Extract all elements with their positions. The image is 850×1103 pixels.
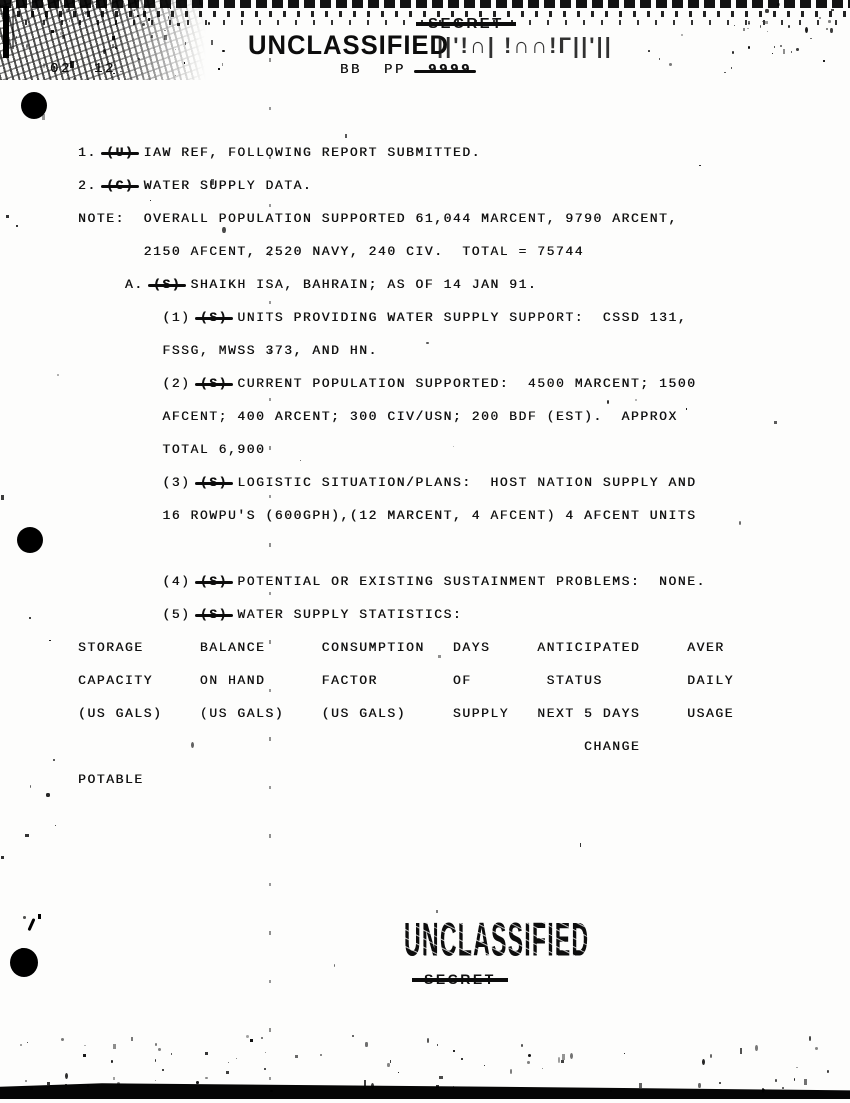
line-text: (5)	[78, 607, 200, 622]
line-text: A.	[78, 277, 153, 292]
line-text: (US GALS) (US GALS) (US GALS) SUPPLY NEX…	[78, 706, 734, 721]
struck-classification-marker: (S)	[153, 268, 181, 301]
line-text: POTENTIAL OR EXISTING SUSTAINMENT PROBLE…	[228, 574, 706, 589]
struck-classification-marker: (C)	[106, 169, 134, 202]
document-line: TOTAL 6,900	[78, 433, 734, 466]
document-body: 1. (U) IAW REF, FOLLOWING REPORT SUBMITT…	[78, 136, 734, 796]
document-line: POTABLE	[78, 763, 734, 796]
document-line: 1. (U) IAW REF, FOLLOWING REPORT SUBMITT…	[78, 136, 734, 169]
pen-squiggle-mark	[27, 918, 35, 931]
unclassified-stamp-top: UNCLASSIFIED	[248, 30, 449, 61]
hole-punch-mark-middle	[17, 527, 43, 553]
unclassified-stamp-bottom: UNCLASSIFIED	[404, 914, 589, 967]
line-text: IAW REF, FOLLOWING REPORT SUBMITTED.	[134, 145, 481, 160]
struck-secret-marking-bottom: SECRET	[424, 971, 496, 987]
page-code: 02 12	[50, 61, 116, 77]
line-text: FSSG, MWSS 373, AND HN.	[78, 343, 378, 358]
line-text: POTABLE	[78, 772, 144, 787]
line-text: SHAIKH ISA, BAHRAIN; AS OF 14 JAN 91.	[181, 277, 537, 292]
line-text: 16 ROWPU'S (600GPH),(12 MARCENT, 4 AFCEN…	[78, 508, 697, 523]
struck-routing-code: 9999	[428, 62, 472, 78]
struck-classification-marker: (S)	[200, 565, 228, 598]
document-line: (3) (S) LOGISTIC SITUATION/PLANS: HOST N…	[78, 466, 734, 499]
scan-edge-mark-2	[12, 9, 14, 49]
document-line	[78, 532, 734, 565]
document-line: AFCENT; 400 ARCENT; 300 CIV/USN; 200 BDF…	[78, 400, 734, 433]
document-line: (4) (S) POTENTIAL OR EXISTING SUSTAINMEN…	[78, 565, 734, 598]
line-text: WATER SUPPLY DATA.	[134, 178, 312, 193]
line-text: STORAGE BALANCE CONSUMPTION DAYS ANTICIP…	[78, 640, 725, 655]
document-line: (2) (S) CURRENT POPULATION SUPPORTED: 45…	[78, 367, 734, 400]
document-line: (1) (S) UNITS PROVIDING WATER SUPPLY SUP…	[78, 301, 734, 334]
document-line: CHANGE	[78, 730, 734, 763]
line-text: AFCENT; 400 ARCENT; 300 CIV/USN; 200 BDF…	[78, 409, 678, 424]
message-routing-line: BB PP 9999	[340, 62, 472, 78]
line-text: (2)	[78, 376, 200, 391]
struck-classification-marker: (S)	[200, 466, 228, 499]
struck-classification-marker: (S)	[200, 301, 228, 334]
document-line: A. (S) SHAIKH ISA, BAHRAIN; AS OF 14 JAN…	[78, 268, 734, 301]
line-text: WATER SUPPLY STATISTICS:	[228, 607, 462, 622]
struck-classification-marker: (U)	[106, 136, 134, 169]
scan-edge-mark	[3, 6, 9, 58]
line-text: CAPACITY ON HAND FACTOR OF STATUS DAILY	[78, 673, 734, 688]
line-text: TOTAL 6,900	[78, 442, 265, 457]
document-line: (5) (S) WATER SUPPLY STATISTICS:	[78, 598, 734, 631]
pen-squiggle-dot	[38, 914, 41, 919]
document-line: STORAGE BALANCE CONSUMPTION DAYS ANTICIP…	[78, 631, 734, 664]
line-text: (1)	[78, 310, 200, 325]
line-text: (4)	[78, 574, 200, 589]
scanned-document-page: SECRET UNCLASSIFIED ||'!∩| !∩∩!Г||'|| 02…	[0, 0, 850, 1103]
document-line: NOTE: OVERALL POPULATION SUPPORTED 61,04…	[78, 202, 734, 235]
partial-ghost-stamp: ||'!∩| !∩∩!Г||'||	[437, 33, 613, 59]
line-text: CURRENT POPULATION SUPPORTED: 4500 MARCE…	[228, 376, 697, 391]
line-text: NOTE: OVERALL POPULATION SUPPORTED 61,04…	[78, 211, 678, 226]
line-text: 2150 AFCENT, 2520 NAVY, 240 CIV. TOTAL =…	[78, 244, 584, 259]
document-line: 2. (C) WATER SUPPLY DATA.	[78, 169, 734, 202]
document-line: 16 ROWPU'S (600GPH),(12 MARCENT, 4 AFCEN…	[78, 499, 734, 532]
line-text: CHANGE	[78, 739, 640, 754]
struck-classification-marker: (S)	[200, 598, 228, 631]
hole-punch-mark-bottom	[10, 948, 38, 977]
struck-classification-marker: (S)	[200, 367, 228, 400]
document-line: 2150 AFCENT, 2520 NAVY, 240 CIV. TOTAL =…	[78, 235, 734, 268]
document-line: CAPACITY ON HAND FACTOR OF STATUS DAILY	[78, 664, 734, 697]
scan-bottom-edge-line	[0, 1096, 850, 1099]
line-text: LOGISTIC SITUATION/PLANS: HOST NATION SU…	[228, 475, 697, 490]
document-line: FSSG, MWSS 373, AND HN.	[78, 334, 734, 367]
line-text: (3)	[78, 475, 200, 490]
document-line: (US GALS) (US GALS) (US GALS) SUPPLY NEX…	[78, 697, 734, 730]
line-text: UNITS PROVIDING WATER SUPPLY SUPPORT: CS…	[228, 310, 687, 325]
